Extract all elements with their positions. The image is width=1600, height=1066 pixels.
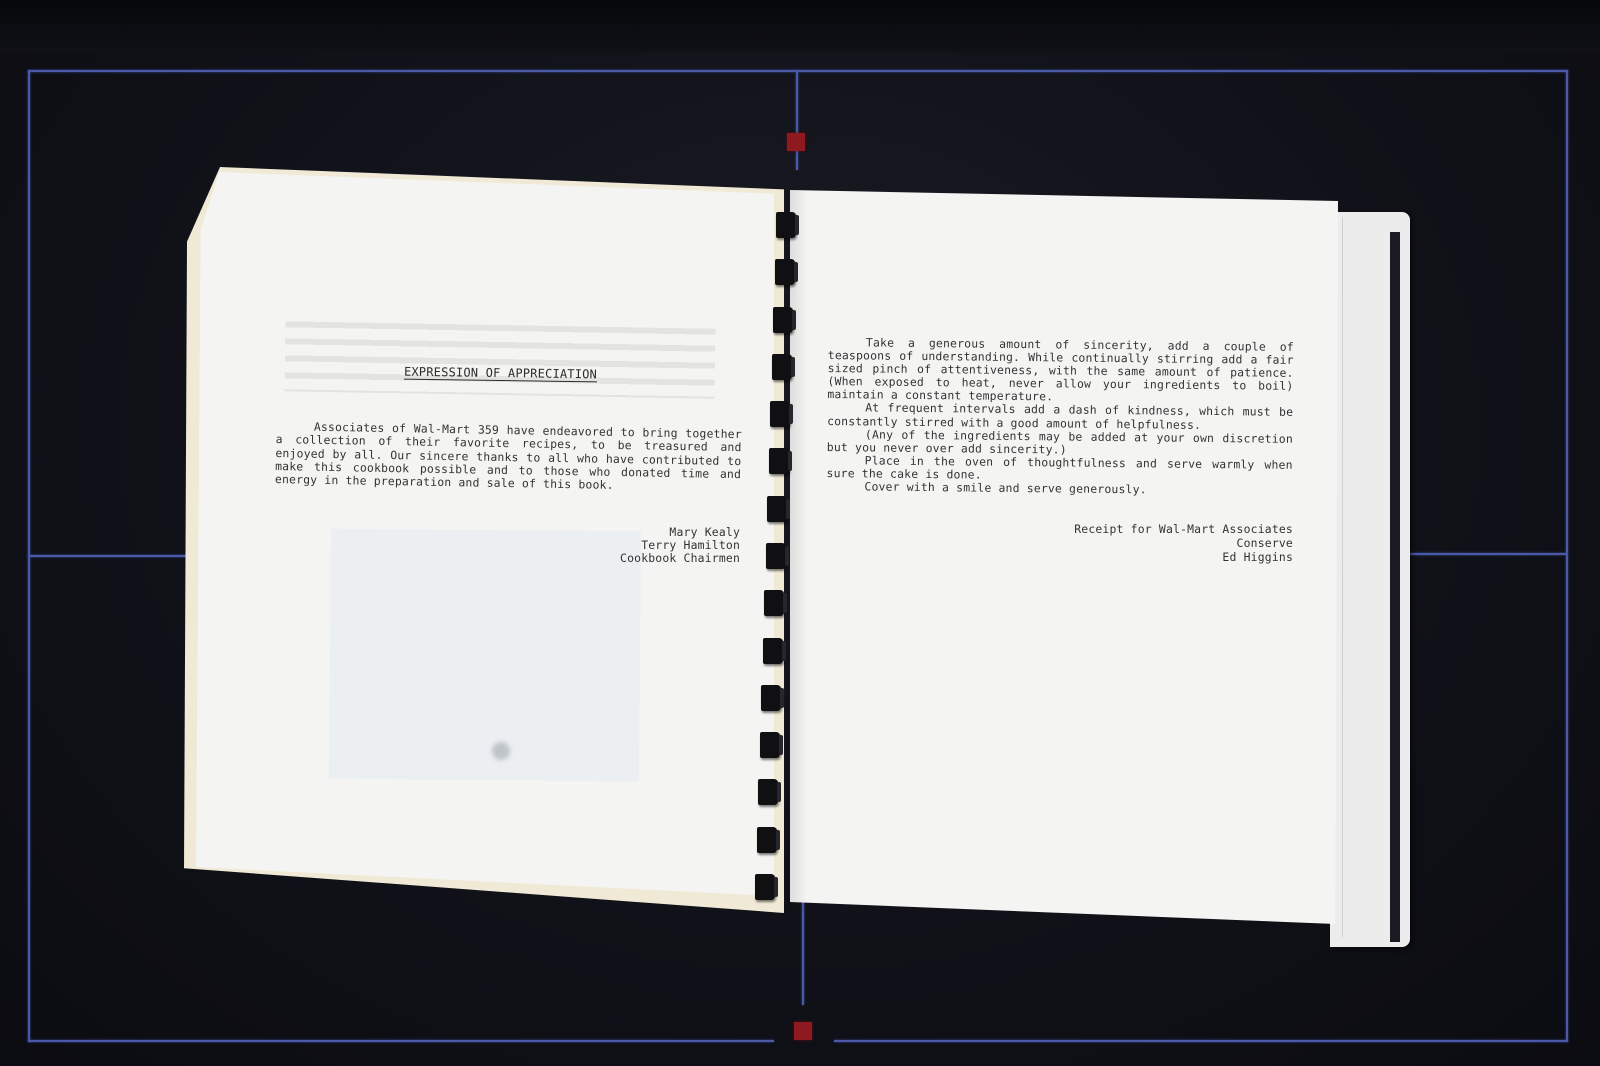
binding-coil	[773, 307, 793, 333]
binding-coil	[760, 732, 780, 758]
binding-coil	[776, 212, 796, 238]
appreciation-paragraph: Associates of Wal-Mart 359 have endeavor…	[275, 420, 742, 495]
recipe-paragraph: Take a generous amount of sincerity, add…	[827, 336, 1294, 406]
binding-coil	[769, 448, 789, 474]
page-stack	[1330, 212, 1410, 947]
photo-placeholder	[329, 529, 641, 782]
signature-line: Receipt for Wal-Mart Associates	[1040, 522, 1293, 536]
signature-line: Conserve	[1040, 536, 1293, 550]
right-signature: Receipt for Wal-Mart Associates Conserve…	[1040, 522, 1293, 564]
open-cookbook: EXPRESSION OF APPRECIATION Associates of…	[0, 0, 1600, 1066]
binding-coil	[763, 638, 783, 664]
binding-coil	[772, 354, 792, 380]
binding-coil	[761, 685, 781, 711]
left-signature: Mary Kealy Terry Hamilton Cookbook Chair…	[560, 526, 740, 565]
signature-line: Cookbook Chairmen	[560, 552, 740, 565]
bleed-through-text	[284, 321, 715, 398]
page-title: EXPRESSION OF APPRECIATION	[404, 366, 597, 382]
binding-coil	[758, 779, 778, 805]
appreciation-body: Associates of Wal-Mart 359 have endeavor…	[275, 420, 742, 495]
binding-coil	[764, 590, 784, 616]
binding-coil	[775, 259, 795, 285]
binding-coil	[766, 543, 786, 569]
binding-coil	[757, 827, 777, 853]
binding-coil	[767, 496, 787, 522]
photo-spot	[492, 742, 510, 760]
signature-line: Ed Higgins	[1040, 550, 1293, 564]
binding-coil	[755, 874, 775, 900]
binding-coil	[770, 401, 790, 427]
recipe-body: Take a generous amount of sincerity, add…	[826, 336, 1294, 498]
